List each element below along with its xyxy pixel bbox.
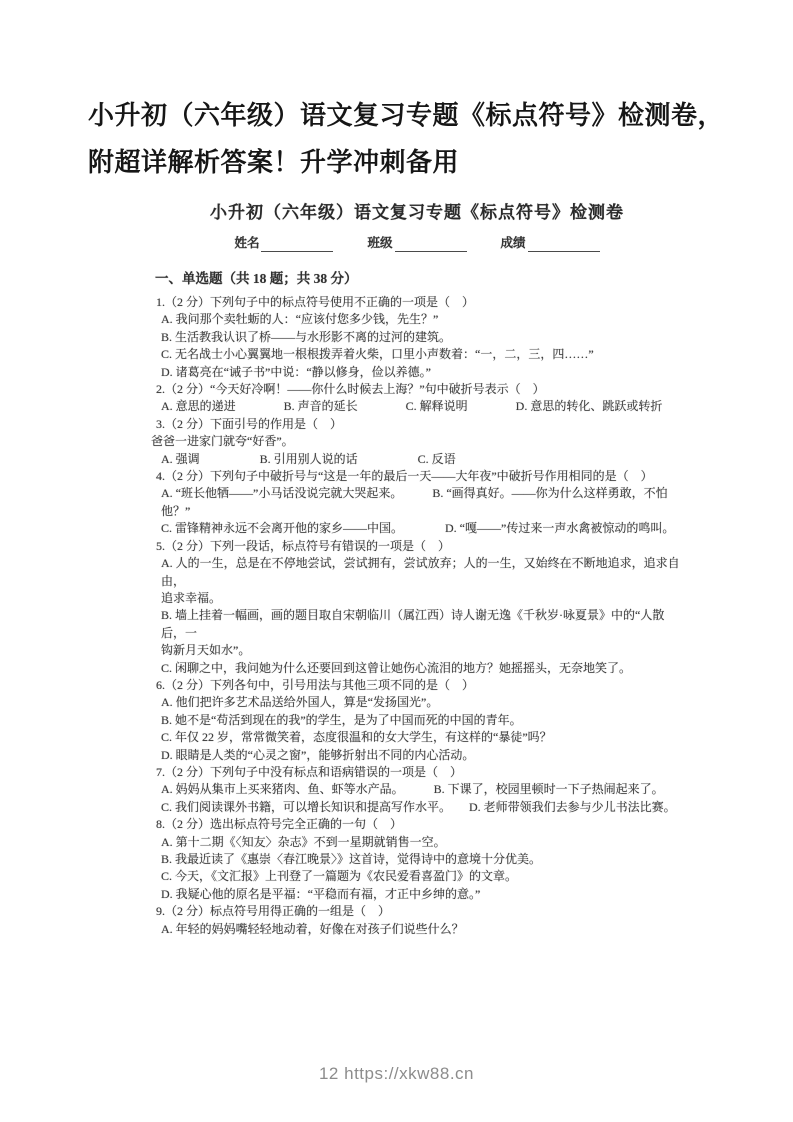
- question-line: D. 我疑心他的原名是平福：“平稳而有福，才正中乡绅的意。”: [150, 886, 684, 903]
- question-stem: 1.（2 分）下列句子中的标点符号使用不正确的一项是（ ）: [150, 294, 684, 311]
- question-line: 钩新月天如水”。: [150, 642, 684, 659]
- question-line: D. 诸葛亮在“诫子书”中说：“静以修身，俭以养德。”: [150, 364, 684, 381]
- question-block: 8.（2 分）选出标点符号完全正确的一句（ ）A. 第十二期《〈知友〉杂志》不到…: [150, 816, 684, 903]
- question-line: D. 眼睛是人类的“心灵之窗”，能够折射出不同的内心活动。: [150, 747, 684, 764]
- question-stem: 5.（2 分）下列一段话，标点符号有错误的一项是（ ）: [150, 538, 684, 555]
- question-line: B. 我最近读了《惠崇〈春江晚景〉》这首诗，觉得诗中的意境十分优美。: [150, 851, 684, 868]
- name-field: 姓名: [234, 233, 333, 252]
- question-block: 7.（2 分）下列句子中没有标点和语病错误的一项是（ ）A. 妈妈从集市上买来猪…: [150, 764, 684, 816]
- paper-title: 小升初（六年级）语文复习专题《标点符号》检测卷: [150, 198, 684, 223]
- question-block: 4.（2 分）下列句子中破折号与“这是一年的最后一天——大年夜”中破折号作用相同…: [150, 468, 684, 538]
- question-block: 6.（2 分）下列各句中，引号用法与其他三项不同的是（ ）A. 他们把许多艺术品…: [150, 677, 684, 764]
- question-line: A. 我问那个卖牡蛎的人：“应该付您多少钱，先生？”: [150, 311, 684, 328]
- question-block: 3.（2 分）下面引号的作用是（ ）爸爸一进家门就夸“好香”。A. 强调 B. …: [150, 416, 684, 468]
- page-title: 小升初（六年级）语文复习专题《标点符号》检测卷， 附超详解析答案！升学冲刺备用: [88, 92, 736, 186]
- question-line: C. 雷锋精神永远不会离开他的家乡——中国。 D. “嘎——”传过来一声水禽被惊…: [150, 520, 684, 537]
- page-title-line1: 小升初（六年级）语文复习专题《标点符号》检测卷，: [88, 92, 736, 139]
- question-line: A. 意思的递进 B. 声音的延长 C. 解释说明 D. 意思的转化、跳跃或转折: [150, 398, 684, 415]
- question-line: 爸爸一进家门就夸“好香”。: [150, 433, 684, 450]
- question-block: 9.（2 分）标点符号用得正确的一组是（ ）A. 年轻的妈妈嘴轻轻地动着，好像在…: [150, 903, 684, 938]
- question-line: B. 墙上挂着一幅画，画的题目取自宋朝临川（属江西）诗人谢无逸《千秋岁·咏夏景》…: [150, 607, 684, 642]
- question-stem: 2.（2 分）“今天好冷啊！——你什么时候去上海？”句中破折号表示（ ）: [150, 381, 684, 398]
- class-field: 班级: [367, 233, 466, 252]
- question-stem: 9.（2 分）标点符号用得正确的一组是（ ）: [150, 903, 684, 920]
- score-field: 成绩: [501, 233, 600, 252]
- class-field-blank: [395, 239, 467, 252]
- question-line: B. 她不是“苟活到现在的我”的学生，是为了中国而死的中国的青年。: [150, 712, 684, 729]
- questions: 1.（2 分）下列句子中的标点符号使用不正确的一项是（ ）A. 我问那个卖牡蛎的…: [150, 294, 684, 938]
- footer-url-link[interactable]: https://xkw88.cn: [344, 1064, 474, 1083]
- question-line: A. 妈妈从集市上买来猪肉、鱼、虾等水产品。 B. 下课了，校园里顿时一下子热闹…: [150, 781, 684, 798]
- question-block: 5.（2 分）下列一段话，标点符号有错误的一项是（ ）A. 人的一生，总是在不停…: [150, 538, 684, 677]
- question-line: C. 无名战士小心翼翼地一根根拨弄着火柴，口里小声数着：“一，二，三，四……”: [150, 346, 684, 363]
- student-info-row: 姓名 班级 成绩: [150, 233, 684, 252]
- question-line: A. 第十二期《〈知友〉杂志》不到一星期就销售一空。: [150, 834, 684, 851]
- page-title-line2: 附超详解析答案！升学冲刺备用: [88, 139, 736, 186]
- footer-page-number: 12: [319, 1064, 339, 1083]
- question-block: 1.（2 分）下列句子中的标点符号使用不正确的一项是（ ）A. 我问那个卖牡蛎的…: [150, 294, 684, 381]
- question-line: C. 今天，《文汇报》上刊登了一篇题为《农民爱看喜盈门》的文章。: [150, 868, 684, 885]
- name-field-label: 姓名: [234, 233, 259, 252]
- section-heading: 一、单选题（共 18 题；共 38 分）: [150, 267, 684, 287]
- question-line: A. 他们把许多艺术品送给外国人，算是“发扬国光”。: [150, 694, 684, 711]
- question-line: C. 闲聊之中，我问她为什么还要回到这曾让她伤心流泪的地方？她摇摇头，无奈地笑了…: [150, 660, 684, 677]
- question-stem: 6.（2 分）下列各句中，引号用法与其他三项不同的是（ ）: [150, 677, 684, 694]
- scanned-test-paper: 小升初（六年级）语文复习专题《标点符号》检测卷 姓名 班级 成绩 一、单选题（共…: [150, 198, 684, 938]
- class-field-label: 班级: [367, 233, 392, 252]
- question-line: B. 生活教我认识了桥——与水形影不离的过河的建筑。: [150, 329, 684, 346]
- page-footer: 12 https://xkw88.cn: [0, 1064, 793, 1084]
- question-stem: 7.（2 分）下列句子中没有标点和语病错误的一项是（ ）: [150, 764, 684, 781]
- question-stem: 8.（2 分）选出标点符号完全正确的一句（ ）: [150, 816, 684, 833]
- score-field-blank: [528, 239, 600, 252]
- question-line: A. “班长他牺——”小马话没说完就大哭起来。 B. “画得真好。——你为什么这…: [150, 485, 684, 520]
- question-stem: 4.（2 分）下列句子中破折号与“这是一年的最后一天——大年夜”中破折号作用相同…: [150, 468, 684, 485]
- question-line: A. 人的一生，总是在不停地尝试，尝试拥有，尝试放弃；人的一生，又始终在不断地追…: [150, 555, 684, 590]
- question-line: A. 年轻的妈妈嘴轻轻地动着，好像在对孩子们说些什么？: [150, 921, 684, 938]
- score-field-label: 成绩: [501, 233, 526, 252]
- question-stem: 3.（2 分）下面引号的作用是（ ）: [150, 416, 684, 433]
- name-field-blank: [261, 239, 333, 252]
- question-line: C. 我们阅读课外书籍，可以增长知识和提高写作水平。 D. 老师带领我们去参与少…: [150, 799, 684, 816]
- question-block: 2.（2 分）“今天好冷啊！——你什么时候去上海？”句中破折号表示（ ）A. 意…: [150, 381, 684, 416]
- question-line: C. 年仅 22 岁，常常微笑着，态度很温和的女大学生，有这样的“暴徒”吗？: [150, 729, 684, 746]
- question-line: A. 强调 B. 引用别人说的话 C. 反语: [150, 451, 684, 468]
- question-line: 追求幸福。: [150, 590, 684, 607]
